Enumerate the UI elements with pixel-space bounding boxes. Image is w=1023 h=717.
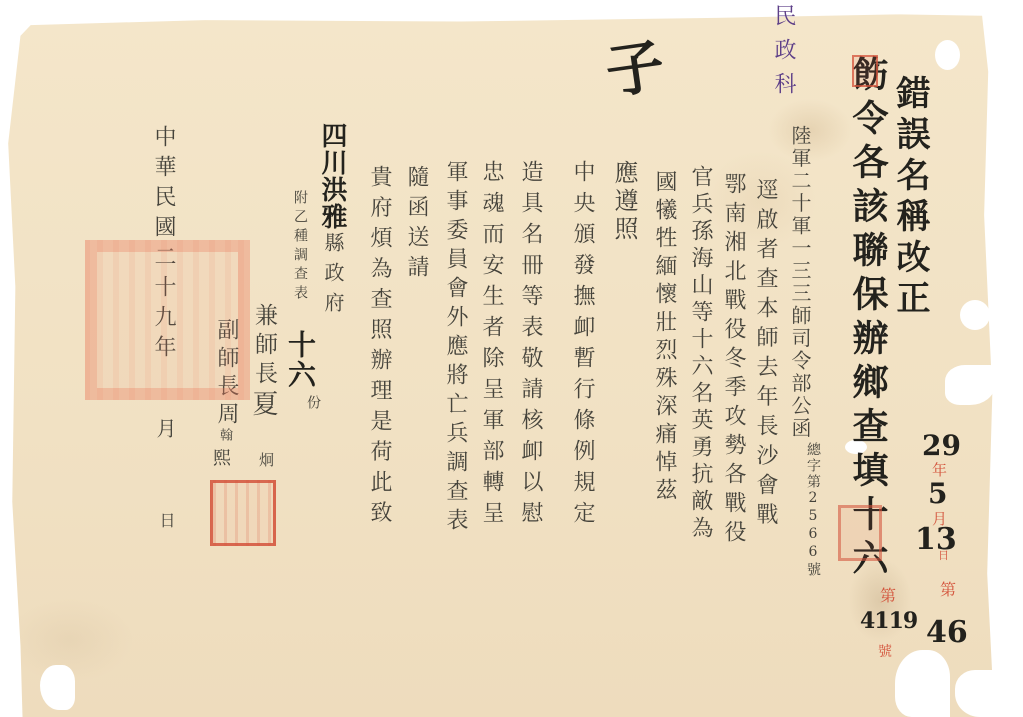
paper-tear <box>895 650 950 717</box>
signatory-title: 兼師長 <box>252 303 275 390</box>
stamp-month-value: 5 <box>928 480 947 508</box>
recipient-office: 縣政府 <box>323 232 343 322</box>
body-line: 中央頒發撫卹暫行條例規定 <box>571 160 593 532</box>
serial-suffix: 號 <box>878 645 892 659</box>
serial-number: 46 <box>926 618 968 648</box>
serial-prefix: 第 <box>940 582 956 598</box>
body-line: 逕啟者查本師去年長沙會戰 <box>754 178 776 532</box>
stamp-day-value: 13 <box>915 525 957 555</box>
signatory-surname: 周 <box>215 402 237 424</box>
enclosure-description: 附乙種調查表 <box>293 190 307 304</box>
signatory-given-name: 熙 <box>211 448 229 466</box>
stamp-year-label: 年 <box>932 463 947 478</box>
body-line: 官兵孫海山等十六名英勇抗敵為 <box>689 165 711 543</box>
seal-stamp <box>852 55 878 87</box>
body-line: 貴府煩為查照辦理是荷此致 <box>368 165 390 531</box>
file-mark: 子 <box>602 36 668 102</box>
annotation-instruction: 飭令各該聯保辦鄉查填十六 <box>850 55 886 583</box>
paper-tear <box>960 300 990 330</box>
paper-tear <box>935 40 960 70</box>
stamp-day-label: 日 <box>938 550 949 561</box>
enclosure-count: 十六 <box>286 330 314 390</box>
paper-tear <box>945 365 995 405</box>
stamp-year-value: 29 <box>922 432 961 460</box>
paper-tear <box>955 670 1005 717</box>
serial-prefix: 第 <box>880 588 896 604</box>
reference-number: 總字第2566號 <box>806 442 820 578</box>
department-stamp: 民政科 <box>772 4 794 106</box>
paper-tear <box>40 665 75 710</box>
body-line: 隨函送請 <box>405 165 427 285</box>
letter-date-day: 日 <box>158 512 174 528</box>
body-line: 造具名冊等表敬請核卹以慰 <box>519 160 541 532</box>
official-seal-large <box>85 240 250 400</box>
signatory-given-name: 翰 <box>218 428 231 441</box>
letter-header: 陸軍二十軍一三三師司令部公函 <box>790 125 810 440</box>
body-line: 國犧牲緬懷壯烈殊深痛悼茲 <box>653 170 675 506</box>
body-line: 鄂南湘北戰役冬季攻勢各戰役 <box>722 172 744 549</box>
recipient-place: 四川洪雅 <box>319 122 345 230</box>
body-line: 應遵照 <box>612 160 636 244</box>
body-line: 軍事委員會外應將亡兵調查表 <box>444 160 466 537</box>
serial-number: 4119 <box>860 610 917 632</box>
signatory-surname: 夏 <box>250 390 276 416</box>
enclosure-unit: 份 <box>306 395 320 409</box>
correction-note: 錯誤名稱改正 <box>893 75 927 321</box>
signatory-given-name: 炯 <box>258 452 273 467</box>
seal-stamp <box>838 505 882 561</box>
body-line: 忠魂而安生者除呈軍部轉呈 <box>480 160 502 532</box>
official-seal-small <box>210 480 276 546</box>
letter-date-month: 月 <box>155 418 175 438</box>
